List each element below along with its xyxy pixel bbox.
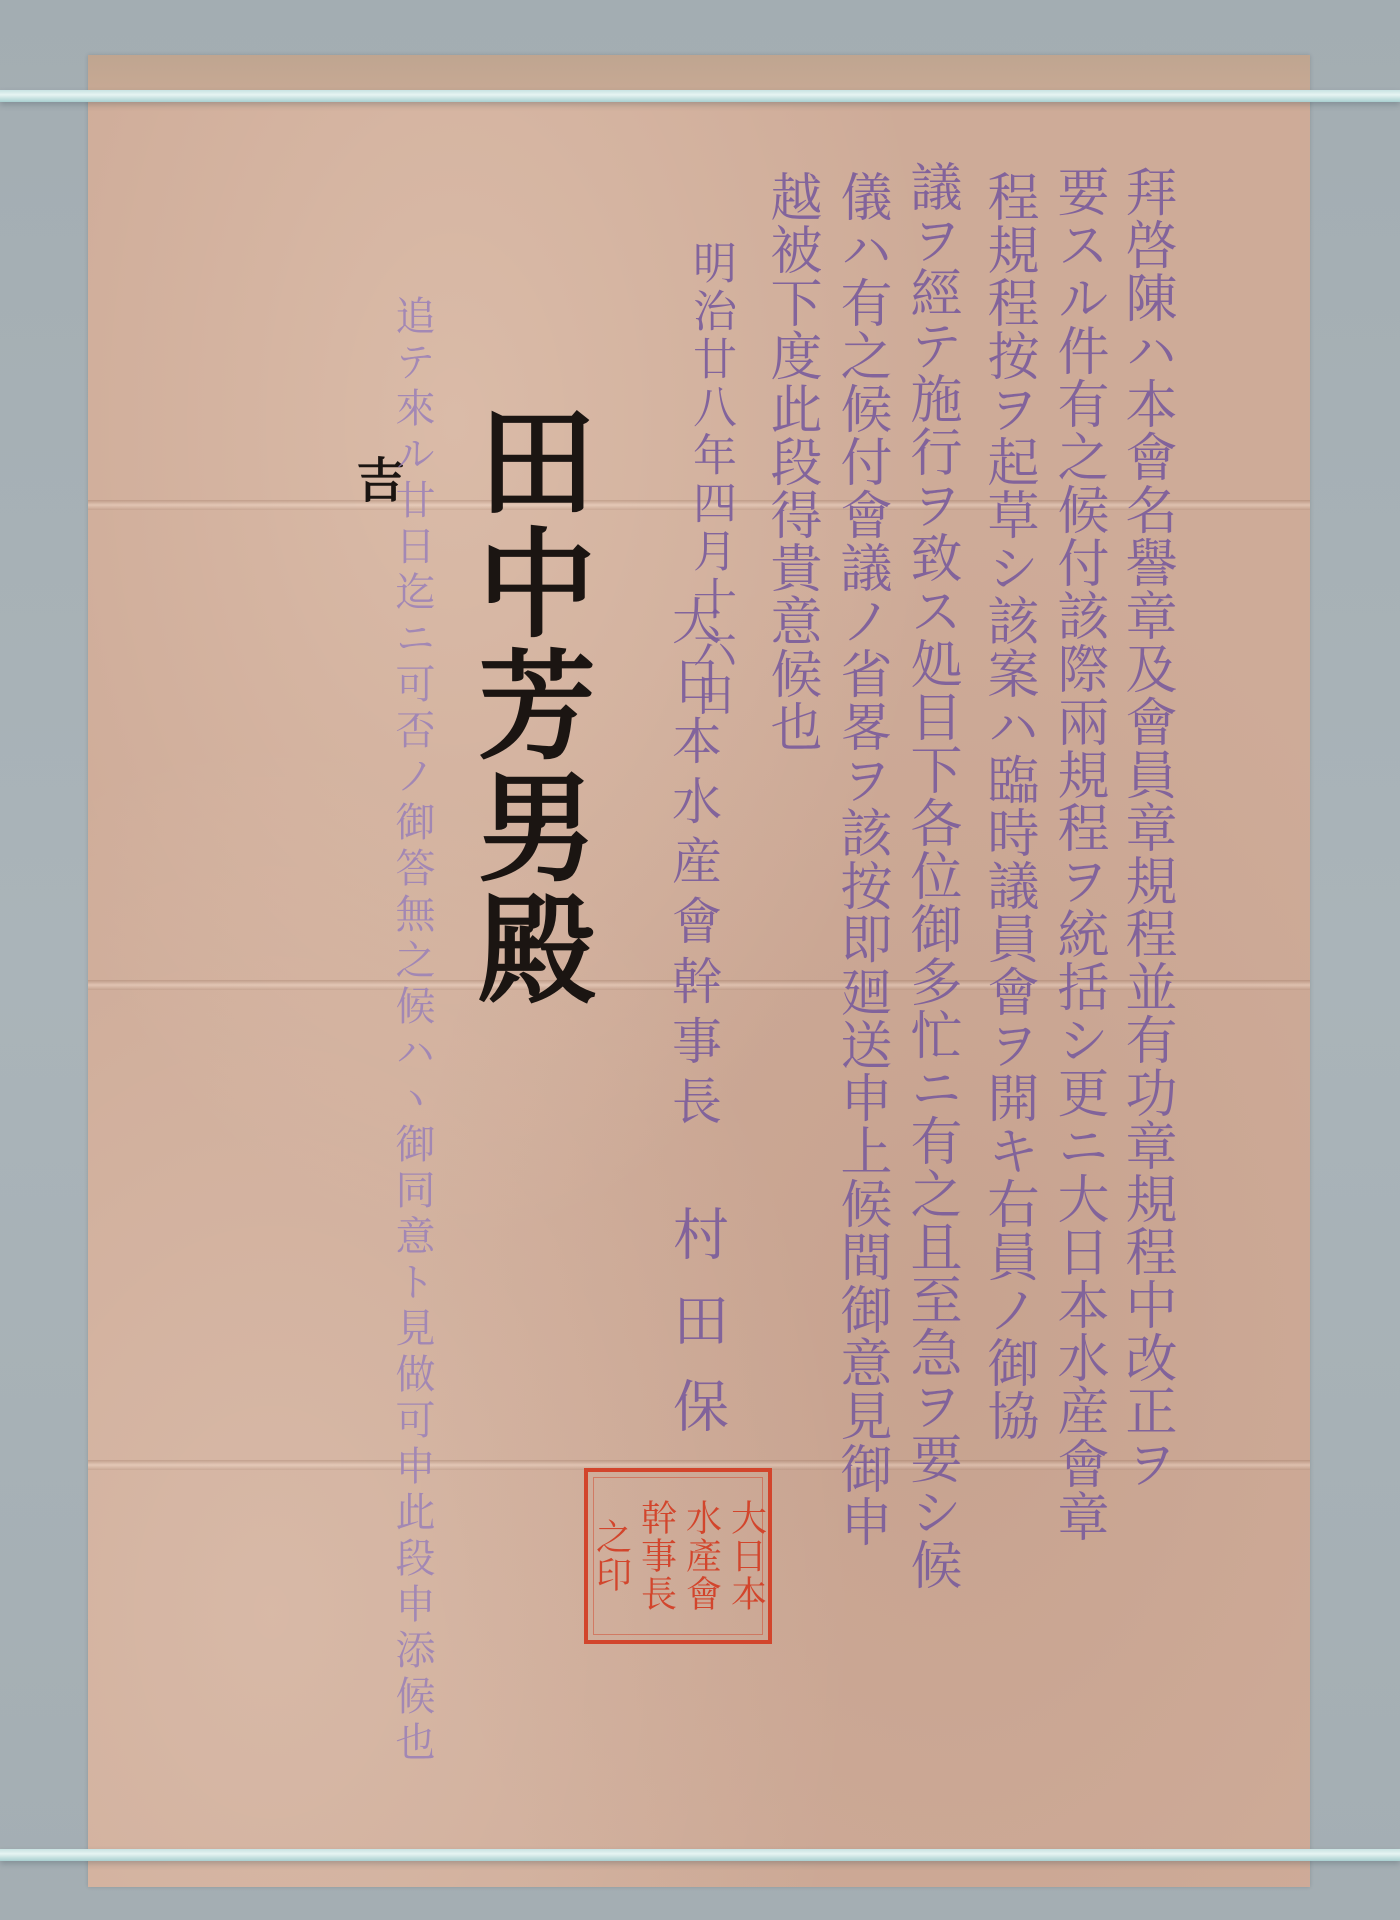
seal-text-3: 幹事長 [638,1499,674,1613]
body-column-3: 程規程按ヲ起草シ該案ハ臨時議員會ヲ開キ右員ノ御協 [982,170,1034,1442]
glass-rail-bottom [0,1849,1400,1861]
glass-rail-top [0,90,1400,102]
body-column-6: 越被下度此段得貴意候也 [765,170,817,753]
sender-title: 大日本水産會幹事長 [668,595,718,1135]
postscript: 追テ來ル廿日迄ニ可否ノ御答無之候ハヽ御同意ト見做可申此段申添候也 [392,295,432,1767]
body-column-1: 拜啓陳ハ本會名譽章及會員章規程並有功章規程中改正ヲ [1120,165,1172,1490]
sender-name: 村田保 [668,1205,724,1463]
seal-text-1: 大日本 [728,1499,764,1613]
seal-text-4: 之印 [593,1518,629,1594]
seal-text-2: 水產會 [683,1499,719,1613]
body-column-2: 要スル件有之候付該際兩規程ヲ統括シ更ニ大日本水産會章 [1052,165,1104,1543]
body-column-5: 儀ハ有之候付會議ノ省畧ヲ該按即廻送申上候間御意見御申 [835,170,887,1548]
addressee-name: 田中芳男殿 [468,400,586,1010]
official-seal: 大日本 水產會 幹事長 之印 [584,1468,772,1644]
body-column-4: 議ヲ經テ施行ヲ致ス処目下各位御多忙ニ有之且至急ヲ要シ候 [905,160,957,1591]
